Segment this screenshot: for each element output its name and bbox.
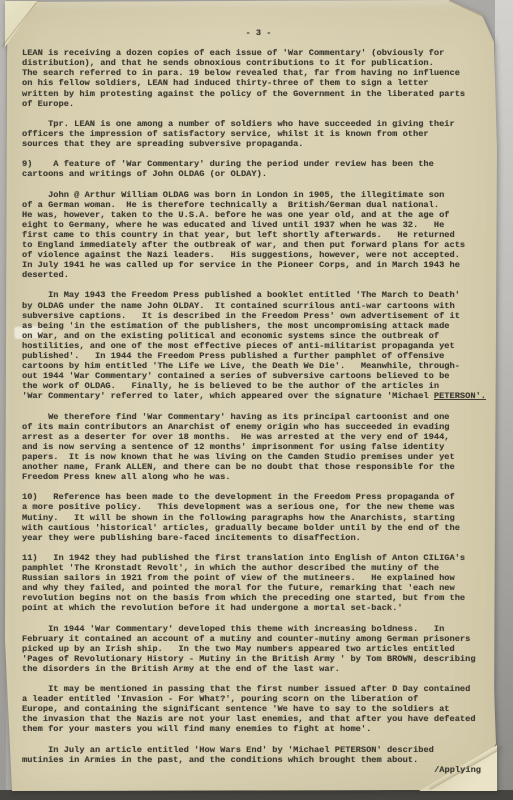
document-paragraph: 10) Reference has been made to the devel… [22, 492, 495, 542]
document-paragraph: In July an article entitled 'How Wars En… [22, 745, 495, 765]
document-paragraph: Tpr. LEAN is one among a number of soldi… [22, 119, 495, 149]
document-paragraph: It may be mentioned in passing that the … [22, 684, 495, 734]
continuation-mark: /Applying [22, 765, 495, 775]
signature-name: PETERSON'. [434, 391, 486, 401]
paragraph-text: In May 1943 the Freedom Press published … [22, 290, 460, 401]
page-number: - 3 - [22, 28, 495, 38]
signature-prefix: 'Michael [387, 391, 434, 401]
document-paragraph: 9) A feature of 'War Commentary' during … [22, 159, 495, 179]
scanned-document-page: - 3 - LEAN is receiving a dozen copies o… [0, 0, 513, 800]
document-paragraph: LEAN is receiving a dozen copies of each… [22, 48, 495, 109]
document-paragraph: John @ Arthur William OLDAG was born in … [22, 190, 495, 281]
page-content: - 3 - LEAN is receiving a dozen copies o… [22, 28, 495, 775]
document-paragraph: We therefore find 'War Commentary' havin… [22, 412, 495, 483]
document-paragraph: 11) In 1942 they had published the first… [22, 553, 495, 614]
document-paragraph: In May 1943 the Freedom Press published … [22, 290, 495, 401]
document-paragraph: In 1944 'War Commentary' developed this … [22, 624, 495, 674]
